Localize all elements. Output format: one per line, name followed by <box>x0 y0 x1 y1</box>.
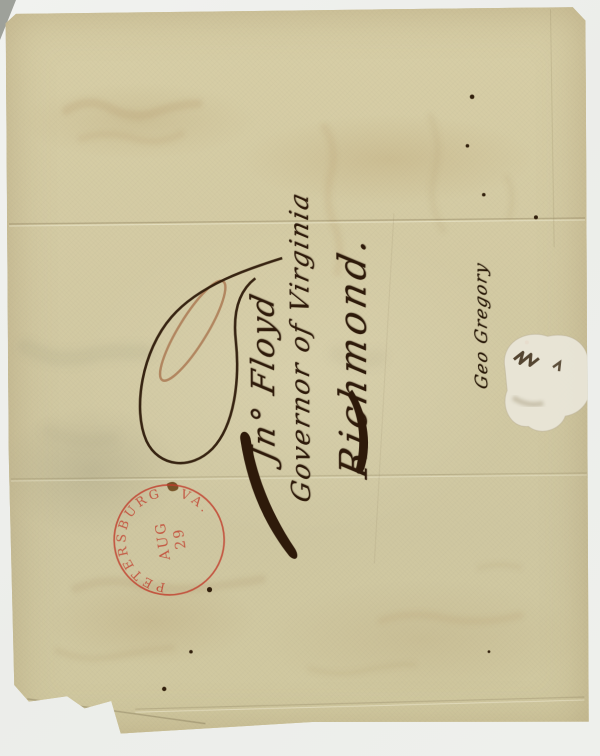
light-ink-loop <box>150 274 235 387</box>
scan-background: { "scan": { "background_color": "#edeeea… <box>0 0 600 756</box>
seal-tear-patch <box>504 334 590 432</box>
postmark-stamp: PETERSBURG VA. AUG 29 <box>92 463 245 616</box>
postmark-month: AUG <box>152 520 174 562</box>
postmark-day: 29 <box>171 526 190 550</box>
thick-descender <box>240 431 297 559</box>
paraph-loop <box>139 258 284 463</box>
postmark-state: VA. <box>175 484 217 520</box>
letter-paper: Jn° Floyd Governor of Virginia Richmond.… <box>5 7 590 735</box>
pen-flourish <box>139 258 369 560</box>
ink-and-postmark-layer: PETERSBURG VA. AUG 29 <box>5 7 590 735</box>
capital-r-tail <box>347 390 368 474</box>
